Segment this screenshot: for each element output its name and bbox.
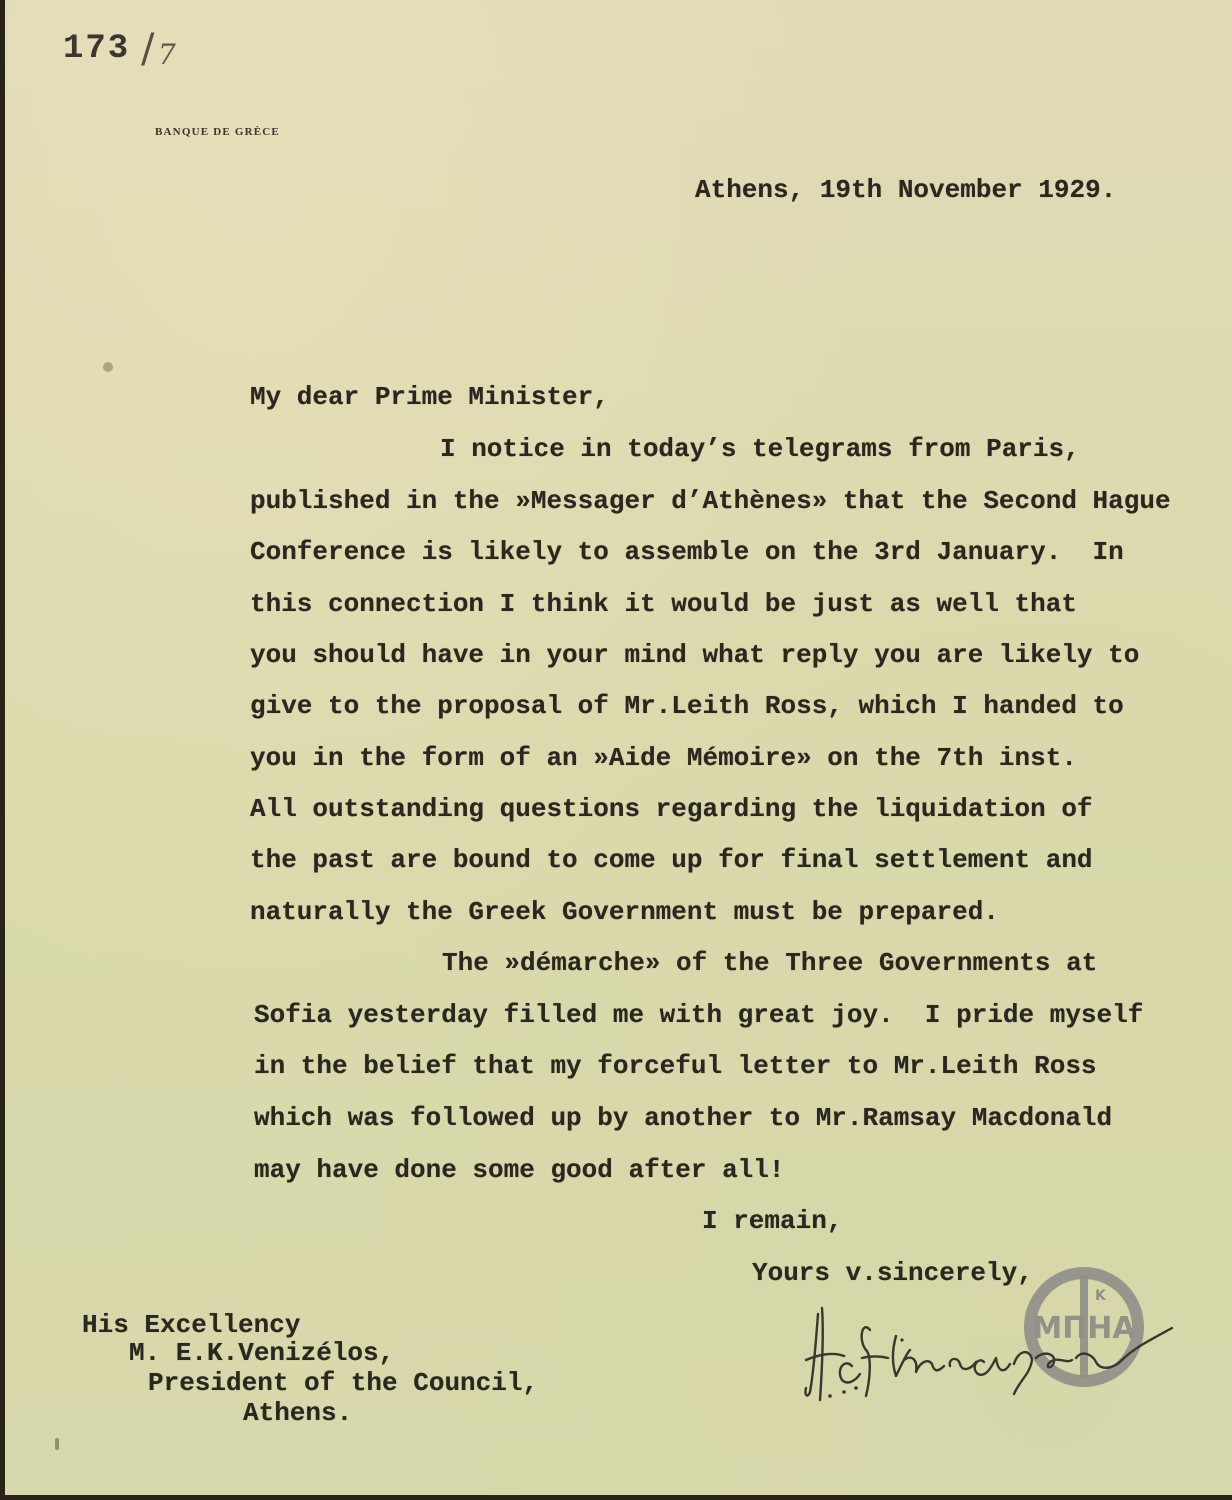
handwritten-signature-icon [800,1300,1190,1410]
body-line: naturally the Greek Government must be p… [250,899,999,925]
paper-mark [103,362,113,372]
body-line: in the belief that my forceful letter to… [254,1053,1097,1079]
paper-mark [55,1438,59,1450]
body-line: published in the »Messager d’Athènes» th… [250,488,1171,514]
body-line: All outstanding questions regarding the … [250,796,1093,822]
date-line: Athens, 19th November 1929. [695,177,1116,203]
letter-page: 173 / 7 BANQUE DE GRÈCE Athens, 19th Nov… [5,0,1232,1495]
recipient-line-3: President of the Council, [148,1370,538,1396]
body-line: the past are bound to come up for final … [250,847,1093,873]
recipient-line-2: M. E.K.Venizélos, [129,1340,394,1366]
body-line: you should have in your mind what reply … [250,642,1139,668]
recipient-line-1: His Excellency [82,1312,300,1338]
archive-reference-handwritten: 7 [158,38,176,71]
body-line: Sofia yesterday filled me with great joy… [254,1002,1143,1028]
body-line: this connection I think it would be just… [250,591,1077,617]
body-line: which was followed up by another to Mr.R… [254,1105,1112,1131]
scan-edge [0,1495,1232,1500]
salutation: My dear Prime Minister, [250,384,609,410]
archive-reference-number: 173 [63,30,130,68]
closing-line-2: Yours v.sincerely, [752,1260,1033,1286]
body-line: I notice in today’s telegrams from Paris… [440,436,1080,462]
body-line: Conference is likely to assemble on the … [250,539,1124,565]
body-line: The »démarche» of the Three Governments … [442,950,1097,976]
body-line: give to the proposal of Mr.Leith Ross, w… [250,693,1124,719]
recipient-line-4: Athens. [243,1400,352,1426]
archive-reference-separator: / [141,26,154,72]
closing-line-1: I remain, [702,1208,842,1234]
body-line: may have done some good after all! [254,1157,785,1183]
letterhead: BANQUE DE GRÈCE [155,126,280,138]
body-line: you in the form of an »Aide Mémoire» on … [250,745,1077,771]
